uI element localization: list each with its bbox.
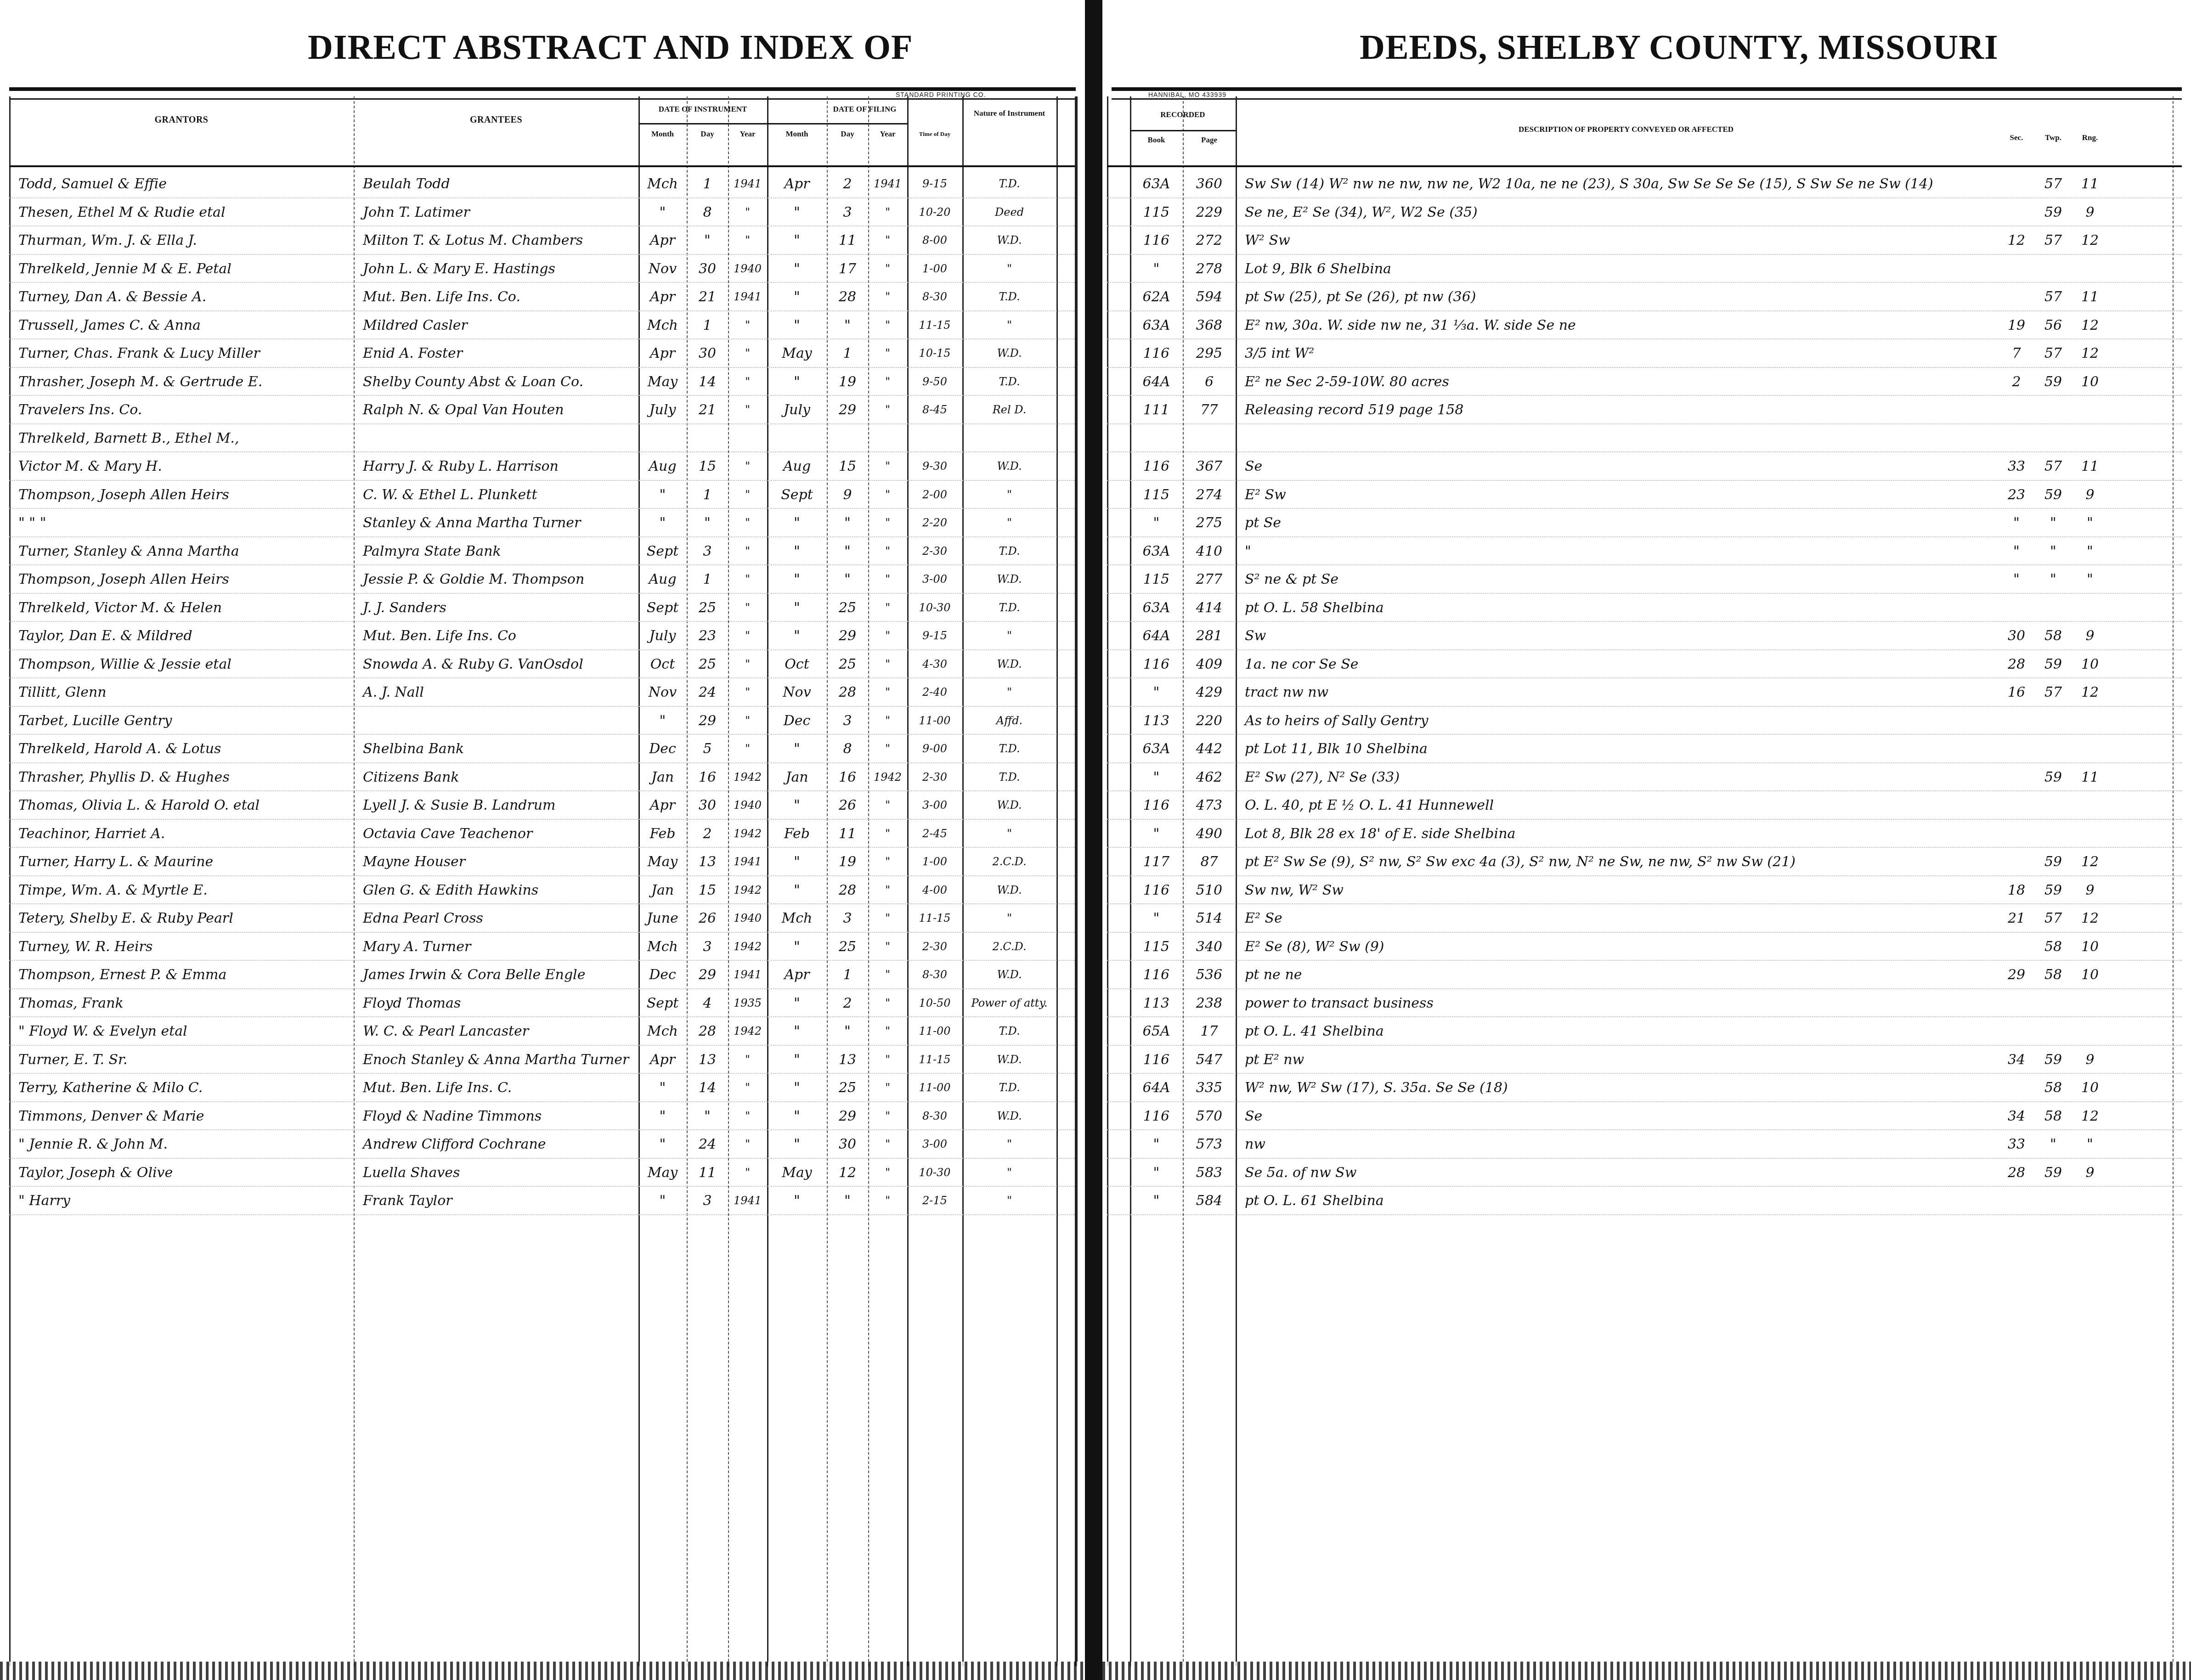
grantee-cell: Snowda A. & Ruby G. VanOsdol	[363, 650, 638, 678]
filing-year-cell: "	[868, 1187, 907, 1215]
instrument-month-cell: Mch	[638, 170, 687, 198]
filing-month-cell: "	[767, 1074, 827, 1102]
instrument-day-cell: 4	[687, 989, 728, 1017]
page-cell: 429	[1183, 678, 1236, 706]
filing-year-cell: "	[868, 848, 907, 876]
header-filing-day: Day	[827, 130, 868, 139]
page-cell: 87	[1183, 848, 1236, 876]
sec-cell: 23	[1998, 481, 2035, 509]
grantor-cell: " Floyd W. & Evelyn etal	[18, 1017, 354, 1045]
nature-cell: W.D.	[962, 565, 1056, 593]
header-recorded: RECORDED	[1130, 110, 1236, 119]
sec-cell: 7	[1998, 339, 2035, 367]
filing-day-cell: 28	[827, 678, 868, 706]
description-cell: O. L. 40, pt E ½ O. L. 41 Hunnewell	[1245, 791, 1998, 819]
left-entry-row: Taylor, Joseph & OliveLuella ShavesMay11…	[0, 1159, 1085, 1187]
grantor-cell: Turner, Stanley & Anna Martha	[18, 537, 354, 565]
nature-cell: W.D.	[962, 1046, 1056, 1074]
instrument-day-cell: 24	[687, 678, 728, 706]
instrument-day-cell: 29	[687, 961, 728, 989]
page-cell: 547	[1183, 1046, 1236, 1074]
filing-month-cell: Apr	[767, 170, 827, 198]
instrument-day-cell: 13	[687, 848, 728, 876]
instrument-year-cell: "	[728, 509, 767, 537]
time-of-day-cell: 8-30	[907, 283, 962, 311]
instrument-year-cell: "	[728, 1046, 767, 1074]
page-cell: 570	[1183, 1102, 1236, 1130]
instrument-month-cell: Apr	[638, 226, 687, 254]
page-cell: 514	[1183, 904, 1236, 932]
sec-cell: 12	[1998, 226, 2035, 254]
header-split	[638, 123, 907, 124]
description-cell: Lot 9, Blk 6 Shelbina	[1245, 255, 1998, 283]
right-entry-row: 11787pt E² Sw Se (9), S² nw, S² Sw exc 4…	[1102, 848, 2191, 876]
filing-day-cell: 9	[827, 481, 868, 509]
description-cell: "	[1245, 537, 1998, 565]
description-cell: pt Se	[1245, 509, 1998, 537]
sec-cell: 28	[1998, 650, 2035, 678]
instrument-day-cell: 25	[687, 594, 728, 622]
book-cell: 116	[1130, 791, 1183, 819]
time-of-day-cell: 8-30	[907, 1102, 962, 1130]
page-cell: 220	[1183, 707, 1236, 735]
grantee-cell: Mary A. Turner	[363, 933, 638, 961]
book-cell: "	[1130, 509, 1183, 537]
instrument-month-cell: "	[638, 1102, 687, 1130]
right-entry-row: 64A281Sw30589	[1102, 622, 2191, 650]
filing-year-cell: "	[868, 368, 907, 396]
right-entry-row: 116510Sw nw, W² Sw18599	[1102, 876, 2191, 904]
header-page: Page	[1183, 135, 1236, 145]
instrument-month-cell: Jan	[638, 876, 687, 904]
right-entry-row: 64A6E² ne Sec 2-59-10W. 80 acres25910	[1102, 368, 2191, 396]
book-cell: 117	[1130, 848, 1183, 876]
description-cell: pt Sw (25), pt Se (26), pt nw (36)	[1245, 283, 1998, 311]
instrument-month-cell: Aug	[638, 452, 687, 480]
twp-cell: "	[2035, 537, 2072, 565]
header-filing-month: Month	[767, 130, 827, 139]
left-entry-row: Tillitt, GlennA. J. NallNov24"Nov28"2-40…	[0, 678, 1085, 706]
instrument-year-cell: "	[728, 481, 767, 509]
time-of-day-cell: 10-15	[907, 339, 962, 367]
rng-cell: "	[2072, 565, 2108, 593]
right-entry-row: 63A410""""	[1102, 537, 2191, 565]
instrument-year-cell: 1941	[728, 170, 767, 198]
instrument-day-cell: 26	[687, 904, 728, 932]
time-of-day-cell: 9-00	[907, 735, 962, 763]
book-cell: 116	[1130, 339, 1183, 367]
time-of-day-cell: 10-30	[907, 1159, 962, 1187]
filing-day-cell: 25	[827, 933, 868, 961]
twp-cell: 58	[2035, 961, 2072, 989]
filing-month-cell: "	[767, 848, 827, 876]
instrument-day-cell: 11	[687, 1159, 728, 1187]
twp-cell: 57	[2035, 283, 2072, 311]
filing-day-cell: 11	[827, 820, 868, 848]
filing-month-cell: "	[767, 537, 827, 565]
right-entry-row: 113238power to transact business	[1102, 989, 2191, 1017]
left-entry-row: Thompson, Joseph Allen HeirsC. W. & Ethe…	[0, 481, 1085, 509]
time-of-day-cell: 11-00	[907, 1074, 962, 1102]
instrument-year-cell: 1942	[728, 1017, 767, 1045]
instrument-day-cell: 1	[687, 481, 728, 509]
instrument-year-cell: "	[728, 1102, 767, 1130]
book-cell: 116	[1130, 961, 1183, 989]
page-cell: 462	[1183, 763, 1236, 791]
instrument-day-cell: 1	[687, 170, 728, 198]
left-entry-row: Thomas, FrankFloyd ThomasSept41935"2"10-…	[0, 989, 1085, 1017]
instrument-month-cell: Apr	[638, 791, 687, 819]
header-split	[1130, 130, 1236, 131]
filing-day-cell: 17	[827, 255, 868, 283]
description-cell: Se 5a. of nw Sw	[1245, 1159, 1998, 1187]
grantor-cell: Thesen, Ethel M & Rudie etal	[18, 198, 354, 226]
page-cell: 238	[1183, 989, 1236, 1017]
instrument-day-cell: "	[687, 509, 728, 537]
left-entry-row: Thrasher, Phyllis D. & HughesCitizens Ba…	[0, 763, 1085, 791]
instrument-month-cell: Apr	[638, 283, 687, 311]
nature-cell: Affd.	[962, 707, 1056, 735]
filing-year-cell: "	[868, 481, 907, 509]
grantor-cell: Tillitt, Glenn	[18, 678, 354, 706]
grantee-cell: Mildred Casler	[363, 311, 638, 339]
book-cell: 62A	[1130, 283, 1183, 311]
right-entry-row: 113220As to heirs of Sally Gentry	[1102, 707, 2191, 735]
grantor-cell: Trussell, James C. & Anna	[18, 311, 354, 339]
instrument-day-cell: 30	[687, 791, 728, 819]
instrument-year-cell: 1941	[728, 1187, 767, 1215]
grantee-cell: Stanley & Anna Martha Turner	[363, 509, 638, 537]
filing-day-cell: 16	[827, 763, 868, 791]
page-cell: 584	[1183, 1187, 1236, 1215]
book-cell: 115	[1130, 198, 1183, 226]
filing-day-cell: "	[827, 565, 868, 593]
sec-cell: 16	[1998, 678, 2035, 706]
grantee-cell: Floyd Thomas	[363, 989, 638, 1017]
instrument-year-cell: "	[728, 707, 767, 735]
instrument-year-cell: "	[728, 622, 767, 650]
left-entry-row: " " "Stanley & Anna Martha Turner""""""2…	[0, 509, 1085, 537]
nature-cell: "	[962, 678, 1056, 706]
right-entry-row: "490Lot 8, Blk 28 ex 18' of E. side Shel…	[1102, 820, 2191, 848]
grantor-cell: Threlkeld, Jennie M & E. Petal	[18, 255, 354, 283]
page-cell: 410	[1183, 537, 1236, 565]
time-of-day-cell: 10-30	[907, 594, 962, 622]
right-entry-row: 115340E² Se (8), W² Sw (9)5810	[1102, 933, 2191, 961]
time-of-day-cell: 9-30	[907, 452, 962, 480]
filing-day-cell: 15	[827, 452, 868, 480]
left-entry-row: Thompson, Joseph Allen HeirsJessie P. & …	[0, 565, 1085, 593]
grantee-cell: Mut. Ben. Life Ins. Co	[363, 622, 638, 650]
filing-year-cell: "	[868, 1046, 907, 1074]
filing-month-cell: Oct	[767, 650, 827, 678]
grantee-cell: Jessie P. & Goldie M. Thompson	[363, 565, 638, 593]
header-date-of-instrument: DATE OF INSTRUMENT	[638, 105, 767, 114]
time-of-day-cell: 8-30	[907, 961, 962, 989]
rng-cell: 10	[2072, 650, 2108, 678]
grantee-cell: Shelby County Abst & Loan Co.	[363, 368, 638, 396]
filing-year-cell: 1941	[868, 170, 907, 198]
grantor-cell: Victor M. & Mary H.	[18, 452, 354, 480]
grantor-cell: " Harry	[18, 1187, 354, 1215]
time-of-day-cell: 8-45	[907, 396, 962, 424]
filing-day-cell: 1	[827, 961, 868, 989]
page-cell: 442	[1183, 735, 1236, 763]
instrument-year-cell: "	[728, 339, 767, 367]
filing-year-cell: "	[868, 396, 907, 424]
book-cell: 113	[1130, 989, 1183, 1017]
filing-day-cell: 28	[827, 876, 868, 904]
right-entry-row: 116536pt ne ne295810	[1102, 961, 2191, 989]
rng-cell: 11	[2072, 283, 2108, 311]
filing-month-cell: May	[767, 1159, 827, 1187]
rng-cell: 9	[2072, 876, 2108, 904]
book-cell: 63A	[1130, 594, 1183, 622]
right-entry-row: "278Lot 9, Blk 6 Shelbina	[1102, 255, 2191, 283]
book-cell: 65A	[1130, 1017, 1183, 1045]
page-cell: 229	[1183, 198, 1236, 226]
right-entry-row: 116547pt E² nw34599	[1102, 1046, 2191, 1074]
filing-day-cell: 3	[827, 198, 868, 226]
filing-day-cell: 11	[827, 226, 868, 254]
book-cell: 115	[1130, 933, 1183, 961]
filing-month-cell: "	[767, 594, 827, 622]
instrument-day-cell: 30	[687, 339, 728, 367]
filing-year-cell: "	[868, 791, 907, 819]
grantee-cell: Ralph N. & Opal Van Houten	[363, 396, 638, 424]
instrument-day-cell: 3	[687, 933, 728, 961]
left-entry-row: Threlkeld, Jennie M & E. PetalJohn L. & …	[0, 255, 1085, 283]
instrument-year-cell: "	[728, 678, 767, 706]
left-entry-row: Terry, Katherine & Milo C.Mut. Ben. Life…	[0, 1074, 1085, 1102]
header-book: Book	[1130, 135, 1183, 145]
instrument-day-cell: 29	[687, 707, 728, 735]
description-cell: W² nw, W² Sw (17), S. 35a. Se Se (18)	[1245, 1074, 1998, 1102]
filing-month-cell: "	[767, 509, 827, 537]
book-cell: 116	[1130, 876, 1183, 904]
filing-month-cell: July	[767, 396, 827, 424]
instrument-month-cell: "	[638, 1074, 687, 1102]
nature-cell: 2.C.D.	[962, 848, 1056, 876]
grantor-cell: Thompson, Joseph Allen Heirs	[18, 481, 354, 509]
grantee-cell: Edna Pearl Cross	[363, 904, 638, 932]
nature-cell: W.D.	[962, 876, 1056, 904]
instrument-month-cell: May	[638, 1159, 687, 1187]
right-entry-row: 1162953/5 int W²75712	[1102, 339, 2191, 367]
instrument-month-cell: June	[638, 904, 687, 932]
page-cell: 340	[1183, 933, 1236, 961]
header-month: Month	[638, 130, 687, 139]
time-of-day-cell: 9-50	[907, 368, 962, 396]
rng-cell: 11	[2072, 170, 2108, 198]
page-cell: 367	[1183, 452, 1236, 480]
filing-year-cell: "	[868, 565, 907, 593]
instrument-month-cell: Aug	[638, 565, 687, 593]
page-cell: 278	[1183, 255, 1236, 283]
header-rule	[9, 87, 1076, 91]
grantee-cell: John L. & Mary E. Hastings	[363, 255, 638, 283]
left-entry-row: " Floyd W. & Evelyn etalW. C. & Pearl La…	[0, 1017, 1085, 1045]
left-page: DIRECT ABSTRACT AND INDEX OF STANDARD PR…	[0, 0, 1085, 1680]
filing-year-cell: "	[868, 933, 907, 961]
time-of-day-cell: 3-00	[907, 791, 962, 819]
grantor-cell: Turner, Chas. Frank & Lucy Miller	[18, 339, 354, 367]
grantor-cell: Thomas, Olivia L. & Harold O. etal	[18, 791, 354, 819]
instrument-month-cell: Sept	[638, 594, 687, 622]
instrument-day-cell: 15	[687, 876, 728, 904]
grantor-cell: Thurman, Wm. J. & Ella J.	[18, 226, 354, 254]
instrument-month-cell: July	[638, 622, 687, 650]
page-cell: 414	[1183, 594, 1236, 622]
time-of-day-cell: 1-00	[907, 255, 962, 283]
description-cell: E² Sw	[1245, 481, 1998, 509]
filing-day-cell: 25	[827, 1074, 868, 1102]
instrument-month-cell: Mch	[638, 1017, 687, 1045]
filing-day-cell: 25	[827, 594, 868, 622]
filing-year-cell: "	[868, 622, 907, 650]
grantor-cell: Teachinor, Harriet A.	[18, 820, 354, 848]
filing-day-cell: 28	[827, 283, 868, 311]
grantor-cell: Taylor, Dan E. & Mildred	[18, 622, 354, 650]
sec-cell: 19	[1998, 311, 2035, 339]
nature-cell: T.D.	[962, 283, 1056, 311]
nature-cell: T.D.	[962, 763, 1056, 791]
grantee-cell: Shelbina Bank	[363, 735, 638, 763]
filing-day-cell: "	[827, 509, 868, 537]
right-entry-row: 115274E² Sw23599	[1102, 481, 2191, 509]
page-cell: 594	[1183, 283, 1236, 311]
instrument-year-cell: "	[728, 1159, 767, 1187]
right-entry-row: "573nw33""	[1102, 1130, 2191, 1158]
grantee-cell: Floyd & Nadine Timmons	[363, 1102, 638, 1130]
right-entry-row: 64A335W² nw, W² Sw (17), S. 35a. Se Se (…	[1102, 1074, 2191, 1102]
header-day: Day	[687, 130, 728, 139]
rng-cell: 10	[2072, 961, 2108, 989]
page-cell: 275	[1183, 509, 1236, 537]
instrument-month-cell: May	[638, 848, 687, 876]
grantor-cell: " Jennie R. & John M.	[18, 1130, 354, 1158]
book-cell: "	[1130, 678, 1183, 706]
filing-month-cell: "	[767, 283, 827, 311]
instrument-day-cell: 15	[687, 452, 728, 480]
page-cell: 277	[1183, 565, 1236, 593]
filing-month-cell: Nov	[767, 678, 827, 706]
filing-month-cell: Aug	[767, 452, 827, 480]
time-of-day-cell: 2-00	[907, 481, 962, 509]
time-of-day-cell: 11-15	[907, 311, 962, 339]
nature-cell: "	[962, 311, 1056, 339]
nature-cell: Power of atty.	[962, 989, 1056, 1017]
time-of-day-cell: 11-15	[907, 1046, 962, 1074]
sec-cell: 34	[1998, 1102, 2035, 1130]
page-cell: 6	[1183, 368, 1236, 396]
twp-cell: "	[2035, 509, 2072, 537]
page-cell: 536	[1183, 961, 1236, 989]
instrument-year-cell: "	[728, 368, 767, 396]
filing-month-cell: Apr	[767, 961, 827, 989]
instrument-year-cell: 1941	[728, 961, 767, 989]
twp-cell: 57	[2035, 678, 2072, 706]
left-entry-row: Thompson, Willie & Jessie etalSnowda A. …	[0, 650, 1085, 678]
sec-cell: "	[1998, 509, 2035, 537]
nature-cell: T.D.	[962, 537, 1056, 565]
header-grantors: GRANTORS	[9, 115, 354, 125]
grantor-cell: Taylor, Joseph & Olive	[18, 1159, 354, 1187]
page-cell: 368	[1183, 311, 1236, 339]
left-entry-row: Turner, E. T. Sr.Enoch Stanley & Anna Ma…	[0, 1046, 1085, 1074]
instrument-year-cell: 1942	[728, 876, 767, 904]
filing-year-cell: "	[868, 876, 907, 904]
grantor-cell: Turner, E. T. Sr.	[18, 1046, 354, 1074]
nature-cell: "	[962, 1130, 1056, 1158]
description-cell: pt O. L. 58 Shelbina	[1245, 594, 1998, 622]
filing-year-cell: 1942	[868, 763, 907, 791]
description-cell: Releasing record 519 page 158	[1245, 396, 1998, 424]
description-cell: nw	[1245, 1130, 1998, 1158]
grantee-cell: Glen G. & Edith Hawkins	[363, 876, 638, 904]
grantor-cell: Turner, Harry L. & Maurine	[18, 848, 354, 876]
grantor-cell: Todd, Samuel & Effie	[18, 170, 354, 198]
nature-cell: T.D.	[962, 1074, 1056, 1102]
time-of-day-cell: 10-20	[907, 198, 962, 226]
rng-cell: 9	[2072, 198, 2108, 226]
rng-cell: 12	[2072, 311, 2108, 339]
book-cell: 116	[1130, 1102, 1183, 1130]
instrument-year-cell: "	[728, 537, 767, 565]
grantor-cell: Threlkeld, Victor M. & Helen	[18, 594, 354, 622]
sec-cell: 34	[1998, 1046, 2035, 1074]
header-rule	[1112, 87, 2182, 91]
instrument-year-cell: "	[728, 565, 767, 593]
book-cell: 116	[1130, 1046, 1183, 1074]
time-of-day-cell: 2-30	[907, 933, 962, 961]
time-of-day-cell: 9-15	[907, 170, 962, 198]
filing-year-cell: "	[868, 311, 907, 339]
left-entry-row: Timmons, Denver & MarieFloyd & Nadine Ti…	[0, 1102, 1085, 1130]
nature-cell: "	[962, 820, 1056, 848]
instrument-month-cell: Mch	[638, 933, 687, 961]
filing-month-cell: "	[767, 1187, 827, 1215]
time-of-day-cell: 10-50	[907, 989, 962, 1017]
grantor-cell: Thrasher, Phyllis D. & Hughes	[18, 763, 354, 791]
header-time-of-day: Time of Day	[907, 130, 962, 138]
instrument-year-cell: 1940	[728, 791, 767, 819]
instrument-day-cell: 21	[687, 396, 728, 424]
filing-day-cell: "	[827, 1017, 868, 1045]
book-cell: 116	[1130, 226, 1183, 254]
description-cell: power to transact business	[1245, 989, 1998, 1017]
grantee-cell: Luella Shaves	[363, 1159, 638, 1187]
right-entry-row: 11177Releasing record 519 page 158	[1102, 396, 2191, 424]
nature-cell: W.D.	[962, 650, 1056, 678]
left-entry-row: Thompson, Ernest P. & EmmaJames Irwin & …	[0, 961, 1085, 989]
instrument-year-cell: "	[728, 1130, 767, 1158]
twp-cell: 57	[2035, 339, 2072, 367]
left-entry-row: Timpe, Wm. A. & Myrtle E.Glen G. & Edith…	[0, 876, 1085, 904]
filing-day-cell: 26	[827, 791, 868, 819]
instrument-day-cell: 23	[687, 622, 728, 650]
left-entry-row: Threlkeld, Harold A. & LotusShelbina Ban…	[0, 735, 1085, 763]
instrument-year-cell: "	[728, 452, 767, 480]
instrument-day-cell: 3	[687, 1187, 728, 1215]
filing-day-cell: 19	[827, 368, 868, 396]
left-entry-row: Thomas, Olivia L. & Harold O. etalLyell …	[0, 791, 1085, 819]
book-cell: "	[1130, 255, 1183, 283]
nature-cell: "	[962, 622, 1056, 650]
right-entry-row: 116367Se335711	[1102, 452, 2191, 480]
right-page-title: DEEDS, SHELBY COUNTY, MISSOURI	[1360, 28, 1999, 68]
filing-year-cell: "	[868, 198, 907, 226]
